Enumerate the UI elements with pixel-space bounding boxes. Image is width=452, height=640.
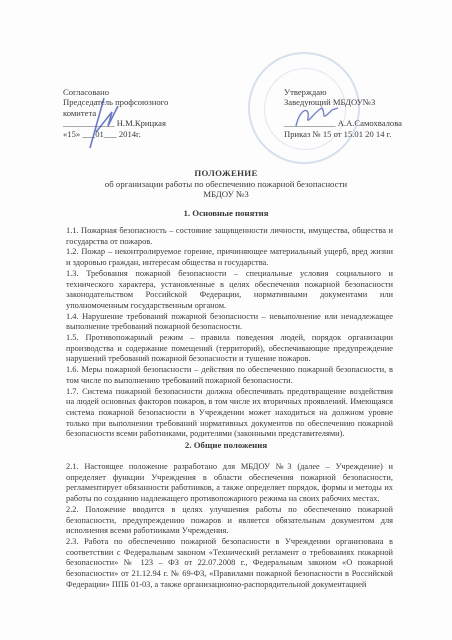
paragraph-1-2: 1.2. Пожар – неконтролируемое горение, п… bbox=[66, 247, 393, 268]
paragraph-2-3: 2.3. Работа по обеспечению пожарной безо… bbox=[66, 537, 393, 591]
section-1-body: 1.1. Пожарная безопасность – состояние з… bbox=[66, 226, 393, 440]
document-title: ПОЛОЖЕНИЕ об организации работы по обесп… bbox=[0, 168, 452, 200]
paragraph-2-1: 2.1. Настоящее положение разработано для… bbox=[66, 462, 393, 505]
order-line: Приказ № 15 от 15.01 20 14 г. bbox=[284, 129, 402, 139]
section-1-heading: 1. Основные понятия bbox=[0, 208, 452, 218]
paragraph-1-6: 1.6. Меры пожарной безопасности – действ… bbox=[66, 365, 393, 386]
document-heading: ПОЛОЖЕНИЕ bbox=[0, 168, 452, 179]
paragraph-1-1: 1.1. Пожарная безопасность – состояние з… bbox=[66, 226, 393, 247]
section-2-heading: 2. Общие положения bbox=[0, 440, 452, 450]
signature-left-icon bbox=[82, 92, 122, 150]
paragraph-1-5: 1.5. Противопожарный режим – правила пов… bbox=[66, 333, 393, 365]
document-subtitle: об организации работы по обеспечению пож… bbox=[0, 179, 452, 190]
section-2-body: 2.1. Настоящее положение разработано для… bbox=[66, 462, 393, 590]
approve-label: Утверждаю bbox=[284, 87, 402, 97]
paragraph-2-2: 2.2. Положение вводится в целях улучшени… bbox=[66, 505, 393, 537]
document-page: Согласовано Председатель профсоюзного ко… bbox=[0, 0, 452, 640]
document-org: МБДОУ №3 bbox=[0, 189, 452, 200]
paragraph-1-4: 1.4. Нарушение требований пожарной безоп… bbox=[66, 312, 393, 333]
paragraph-1-3: 1.3. Требования пожарной безопасности – … bbox=[66, 269, 393, 312]
signature-right-icon bbox=[292, 104, 342, 128]
paragraph-1-7: 1.7. Система пожарной безопасности должн… bbox=[66, 387, 393, 441]
